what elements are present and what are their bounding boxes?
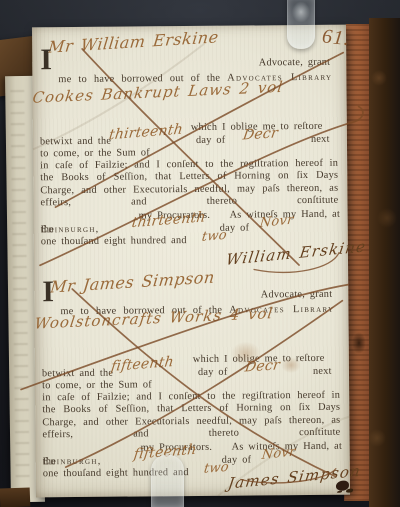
- book-cover-edge: [369, 18, 400, 507]
- page-holder-strip-top: [287, 0, 315, 49]
- photographed-register-page: 61. Mr William Erskine I Advocate, grant…: [0, 0, 400, 507]
- fore-edge-smudge: [352, 332, 366, 354]
- page-holder-strip-bottom: [151, 455, 184, 507]
- facing-page-showthrough-text: [10, 90, 29, 480]
- cancellation-strokes: [32, 25, 350, 498]
- register-page: 61. Mr William Erskine I Advocate, grant…: [32, 25, 350, 498]
- cover-corner-bottom-left: [0, 487, 30, 507]
